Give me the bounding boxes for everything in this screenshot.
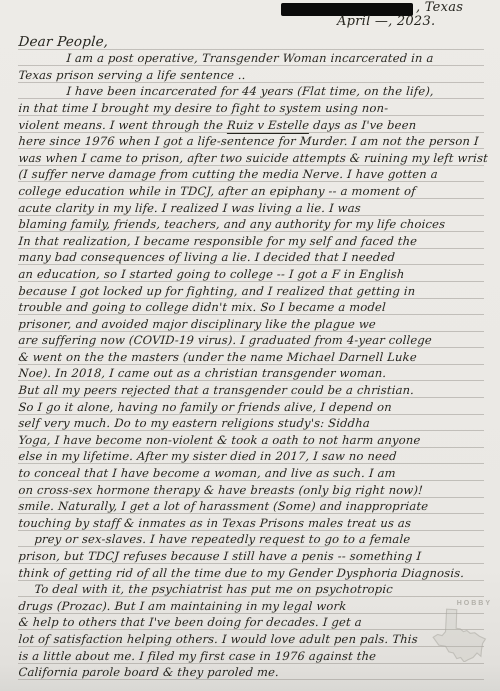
letter-line: Yoga, I have become non-violent & took a… bbox=[18, 431, 484, 448]
letter-line: prison, but TDCJ refuses because I still… bbox=[18, 547, 484, 564]
letter-line: To deal with it, the psychiatrist has pu… bbox=[18, 581, 484, 598]
letter-line: think of getting rid of all the time due… bbox=[18, 564, 484, 581]
letter-line: blaming family, friends, teachers, and a… bbox=[18, 216, 484, 233]
letter-line: Noe). In 2018, I came out as a christian… bbox=[18, 365, 484, 382]
letter-line: are suffering now (COVID-19 virus). I gr… bbox=[18, 332, 484, 349]
letter-line: & help to others that I've been doing fo… bbox=[18, 614, 484, 631]
letter-line: to conceal that I have become a woman, a… bbox=[18, 464, 484, 481]
letter-line: on cross-sex hormone therapy & have brea… bbox=[18, 481, 484, 498]
letter-line: drugs (Prozac). But I am maintaining in … bbox=[18, 597, 484, 614]
letter-line: But all my peers rejected that a transge… bbox=[18, 381, 484, 398]
letter-line: in that time I brought my desire to figh… bbox=[18, 99, 484, 116]
letter-line: In that realization, I became responsibl… bbox=[18, 232, 484, 249]
letter-line: I have been incarcerated for 44 years (F… bbox=[18, 83, 484, 100]
letter-line: many bad consequences of living a lie. I… bbox=[18, 249, 484, 266]
letter-line: college education while in TDCJ, after a… bbox=[18, 182, 484, 199]
letter-location: , Texas bbox=[416, 0, 463, 15]
letter-line: Texas prison serving a life sentence .. bbox=[18, 66, 484, 83]
letter-line: is a little about me. I filed my first c… bbox=[18, 647, 484, 664]
letter-line: an education, so I started going to coll… bbox=[18, 265, 484, 282]
letter-line: touching by staff & inmates as in Texas … bbox=[18, 514, 484, 531]
letter-line: California parole board & they paroled m… bbox=[18, 664, 484, 681]
letter-line: self very much. Do to my eastern religio… bbox=[18, 415, 484, 432]
letter-line bbox=[18, 680, 484, 691]
scanned-letter-page: , Texas April —, 2023. Dear People,I am … bbox=[0, 0, 500, 691]
letter-line: (I suffer nerve damage from cutting the … bbox=[18, 166, 484, 183]
letter-line: prey or sex-slaves. I have repeatedly re… bbox=[18, 531, 484, 548]
letter-line: I am a post operative, Transgender Woman… bbox=[18, 50, 484, 67]
letter-line: else in my lifetime. After my sister die… bbox=[18, 448, 484, 465]
letter-line: So I go it alone, having no family or fr… bbox=[18, 398, 484, 415]
letter-line: was when I came to prison, after two sui… bbox=[18, 149, 484, 166]
letter-line: prisoner, and avoided major disciplinary… bbox=[18, 315, 484, 332]
letter-line: here since 1976 when I got a life-senten… bbox=[18, 133, 484, 150]
letter-line: violent means. I went through the Ruiz v… bbox=[18, 116, 484, 133]
letter-date: April —, 2023. bbox=[337, 14, 435, 29]
letter-line: because I got locked up for fighting, an… bbox=[18, 282, 484, 299]
letter-line: acute clarity in my life. I realized I w… bbox=[18, 199, 484, 216]
letter-line: lot of satisfaction helping others. I wo… bbox=[18, 630, 484, 647]
letter-line: & went on the the masters (under the nam… bbox=[18, 348, 484, 365]
letter-line: smile. Naturally, I get a lot of harassm… bbox=[18, 498, 484, 515]
salutation: Dear People, bbox=[18, 33, 484, 50]
letter-line: trouble and going to college didn't mix.… bbox=[18, 299, 484, 316]
letter-lines: Dear People,I am a post operative, Trans… bbox=[18, 33, 484, 691]
